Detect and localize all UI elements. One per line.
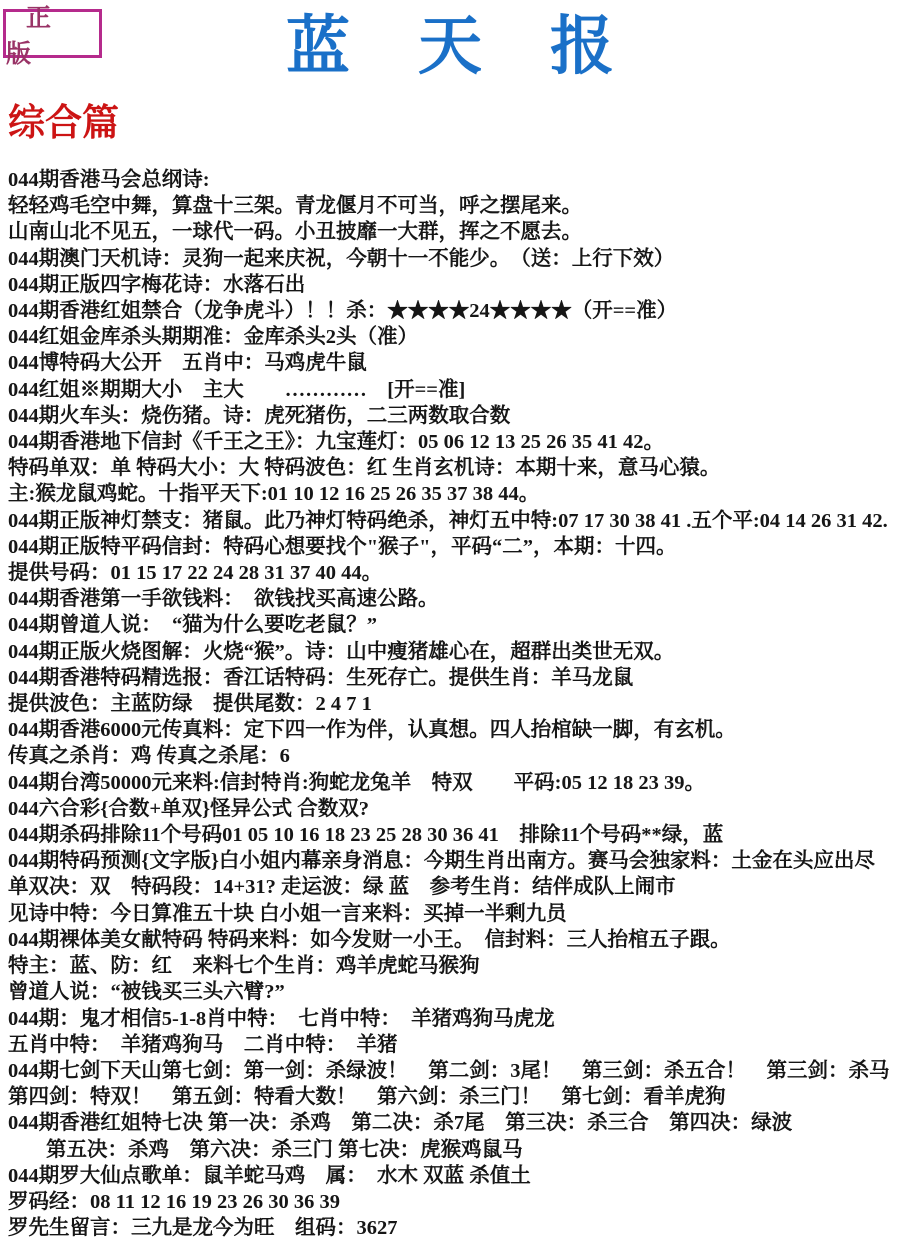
text-line-22: 044期香港6000元传真料：定下四一作为伴，认真想。四人抬棺缺一脚，有玄机。 (8, 717, 900, 743)
text-line-4: 044期澳门天机诗：灵狗一起来庆祝，今朝十一不能少。 （送：上行下效） (8, 246, 900, 272)
text-line-1: 044期香港马会总纲诗: (8, 167, 900, 193)
text-line-5: 044期正版四字梅花诗：水落石出 (8, 272, 900, 298)
text-line-19: 044期正版火烧图解：火烧“猴”。诗：山中瘦猪雄心在，超群出类世无双。 (8, 639, 900, 665)
text-line-9: 044红姐※期期大小 主大 ………… [开==准] (8, 377, 900, 403)
text-line-16: 提供号码：01 15 17 22 24 28 31 37 40 44。 (8, 560, 900, 586)
text-line-27: 044期特码预测{文字版}白小姐内幕亲身消息：今期生肖出南方。赛马会独家料：土金… (8, 848, 900, 874)
text-line-15: 044期正版特平码信封：特码心想要找个"猴子"，平码“二”，本期：十四。 (8, 534, 900, 560)
text-line-17: 044期香港第一手欲钱料： 欲钱找买高速公路。 (8, 586, 900, 612)
text-line-2: 轻轻鸡毛空中舞，算盘十三架。青龙偃月不可当，呼之摆尾来。 (8, 193, 900, 219)
text-line-39: 044期罗大仙点歌单：鼠羊蛇马鸡 属： 水木 双蓝 杀值土 (8, 1163, 900, 1189)
text-line-28: 单双决：双 特码段：14+31? 走运波：绿 蓝 参考生肖：结伴成队上闹市 (8, 874, 900, 900)
text-line-7: 044红姐金库杀头期期准：金库杀头2头（准） (8, 324, 900, 350)
text-line-12: 特码单双：单 特码大小：大 特码波色：红 生肖玄机诗：本期十来，意马心猿。 (8, 455, 900, 481)
text-line-21: 提供波色：主蓝防绿 提供尾数：2 4 7 1 (8, 691, 900, 717)
text-line-8: 044博特码大公开 五肖中：马鸡虎牛鼠 (8, 350, 900, 376)
text-line-23: 传真之杀肖：鸡 传真之杀尾：6 (8, 743, 900, 769)
text-line-38: 第五决：杀鸡 第六决：杀三门 第七决：虎猴鸡鼠马 (8, 1137, 900, 1163)
body-lines: 044期香港马会总纲诗:轻轻鸡毛空中舞，算盘十三架。青龙偃月不可当，呼之摆尾来。… (8, 167, 900, 1241)
text-line-37: 044期香港红姐特七决 第一决：杀鸡 第二决：杀7尾 第三决：杀三合 第四决：绿… (8, 1110, 900, 1136)
text-line-20: 044期香港特码精选报：香江话特码：生死存亡。提供生肖：羊马龙鼠 (8, 665, 900, 691)
text-line-26: 044期杀码排除11个号码01 05 10 16 18 23 25 28 30 … (8, 822, 900, 848)
text-line-31: 特主：蓝、防：红 来料七个生肖：鸡羊虎蛇马猴狗 (8, 953, 900, 979)
text-line-25: 044六合彩{合数+单双}怪异公式 合数双? (8, 796, 900, 822)
page-title: 蓝天报 (0, 12, 900, 82)
text-line-29: 见诗中特：今日算准五十块 白小姐一言来料：买掉一半剩九员 (8, 901, 900, 927)
text-line-10: 044期火车头：烧伤猪。诗：虎死猪伤，二三两数取合数 (8, 403, 900, 429)
text-line-6: 044期香港红姐禁合（龙争虎斗）！！杀：★★★★24★★★★（开==准） (8, 298, 900, 324)
text-line-35: 044期七剑下天山第七剑：第一剑：杀绿波！ 第二剑：3尾！ 第三剑：杀五合！ 第… (8, 1058, 900, 1084)
text-line-3: 山南山北不见五，一球代一码。小丑披靡一大群，挥之不愿去。 (8, 219, 900, 245)
section-title: 综合篇 (8, 92, 119, 146)
text-line-36: 第四剑：特双！ 第五剑：特看大数！ 第六剑：杀三门！ 第七剑：看羊虎狗 (8, 1084, 900, 1110)
text-line-13: 主:猴龙鼠鸡蛇。十指平天下:01 10 12 16 25 26 35 37 38… (8, 481, 900, 507)
text-line-30: 044期裸体美女献特码 特码来料：如今发财一小王。 信封料：三人抬棺五子跟。 (8, 927, 900, 953)
text-line-34: 五肖中特： 羊猪鸡狗马 二肖中特： 羊猪 (8, 1032, 900, 1058)
text-line-41: 罗先生留言：三九是龙今为旺 组码：3627 (8, 1215, 900, 1241)
text-line-14: 044期正版神灯禁支：猪鼠。此乃神灯特码绝杀，神灯五中特:07 17 30 38… (8, 508, 900, 534)
newspaper-page: 正版 蓝天报 综合篇 044期香港马会总纲诗:轻轻鸡毛空中舞，算盘十三架。青龙偃… (0, 0, 900, 1243)
text-line-40: 罗码经：08 11 12 16 19 23 26 30 36 39 (8, 1189, 900, 1215)
text-line-33: 044期：鬼才相信5-1-8肖中特： 七肖中特： 羊猪鸡狗马虎龙 (8, 1006, 900, 1032)
text-line-32: 曾道人说：“被钱买三头六臂?” (8, 979, 900, 1005)
text-line-11: 044期香港地下信封《千王之王》：九宝莲灯：05 06 12 13 25 26 … (8, 429, 900, 455)
text-line-24: 044期台湾50000元来料:信封特肖:狗蛇龙兔羊 特双 平码:05 12 18… (8, 770, 900, 796)
text-line-18: 044期曾道人说： “猫为什么要吃老鼠？” (8, 612, 900, 638)
